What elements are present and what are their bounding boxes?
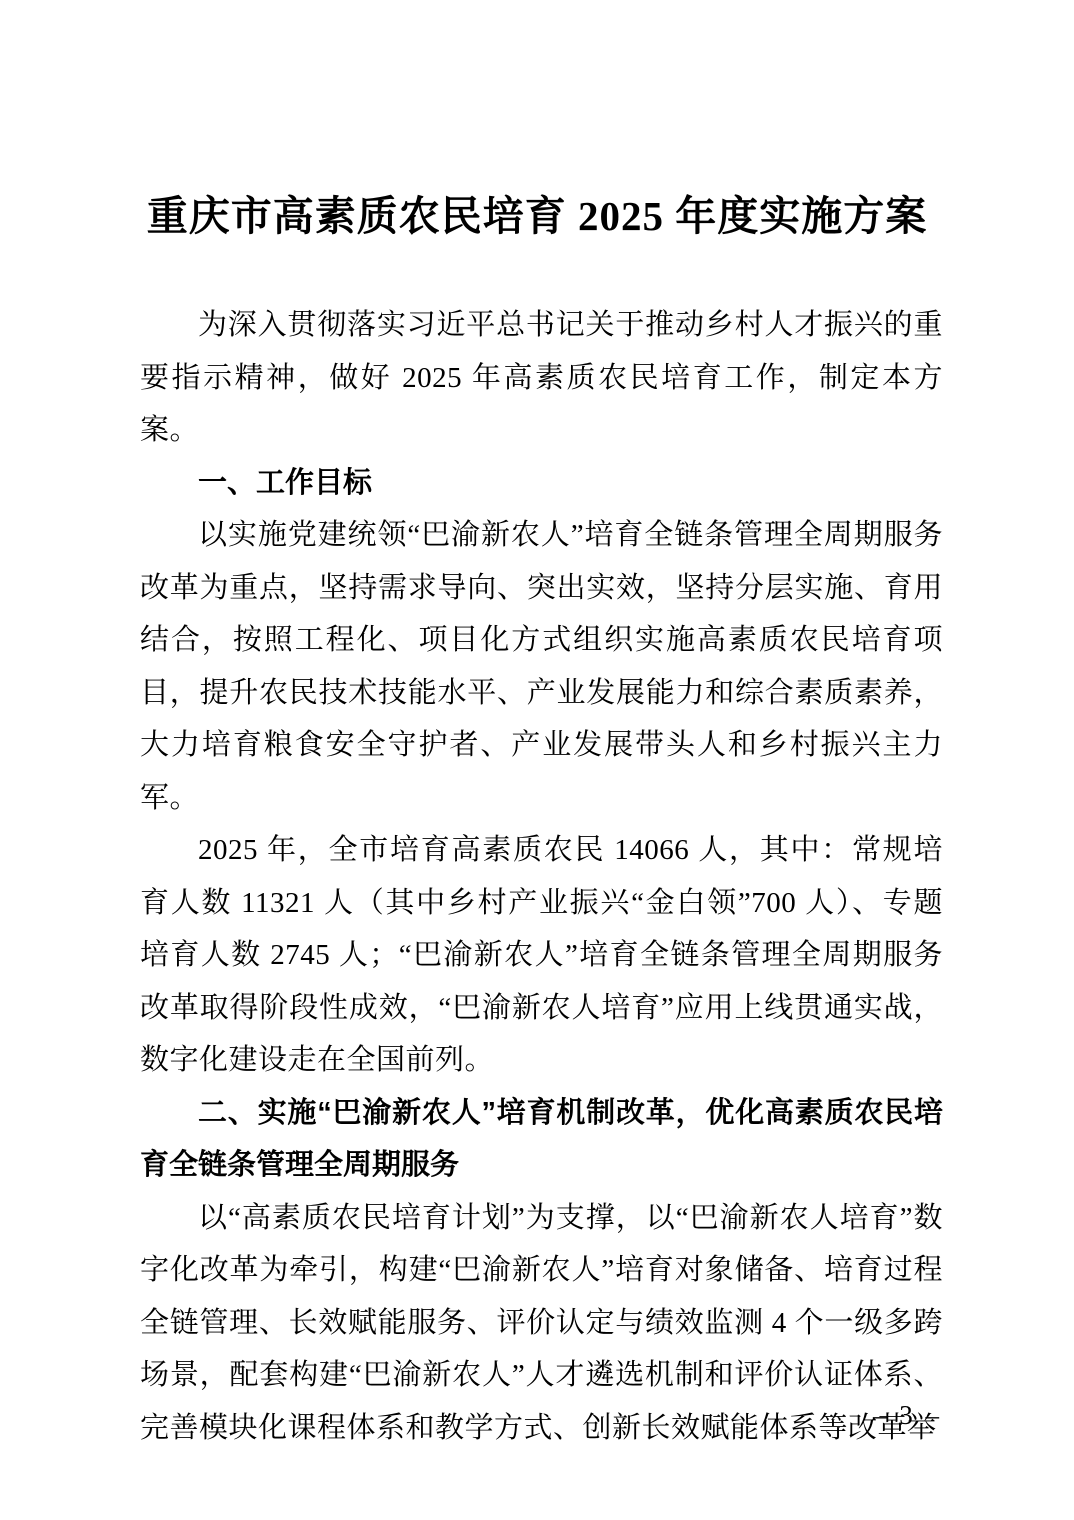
paragraph-targets: 2025 年，全市培育高素质农民 14066 人，其中：常规培育人数 11321…	[140, 824, 943, 1087]
page-number: – 3 –	[873, 1400, 942, 1431]
paragraph-intro: 为深入贯彻落实习近平总书记关于推动乡村人才振兴的重要指示精神，做好 2025 年…	[140, 299, 943, 457]
paragraph-reform: 以“高素质农民培育计划”为支撑，以“巴渝新农人培育”数字化改革为牵引，构建“巴渝…	[140, 1192, 943, 1455]
document-body: 为深入贯彻落实习近平总书记关于推动乡村人才振兴的重要指示精神，做好 2025 年…	[140, 299, 943, 1454]
document-page: 重庆市高素质农民培育 2025 年度实施方案 为深入贯彻落实习近平总书记关于推动…	[0, 0, 1074, 1520]
paragraph-goals: 以实施党建统领“巴渝新农人”培育全链条管理全周期服务改革为重点，坚持需求导向、突…	[140, 509, 943, 824]
section-heading-2: 二、实施“巴渝新农人”培育机制改革，优化高素质农民培育全链条管理全周期服务	[140, 1087, 943, 1192]
section-heading-1: 一、工作目标	[140, 457, 943, 510]
document-title: 重庆市高素质农民培育 2025 年度实施方案	[80, 190, 994, 242]
